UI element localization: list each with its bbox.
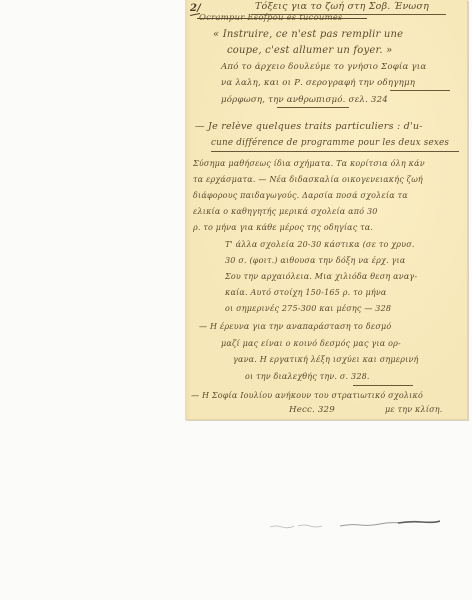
text-line: μόρφωση, την ανθρωπισμό. σελ. 324 <box>221 96 388 105</box>
text-line: με την κλίση. <box>385 406 443 414</box>
text-line: διάφορους παιδαγωγούς. Δαρσία ποσά σχολε… <box>193 192 408 200</box>
margin-scribble <box>270 518 440 532</box>
text-line: — Η έρευνα για την αναπαράσταση το δεσμό <box>199 323 391 331</box>
text-line: μαζί μας είναι ο κοινό δεσμός μας για ορ… <box>221 340 401 348</box>
text-line: Σου την αρχαιόλεια. Μια χιλιόδα θεση ανα… <box>225 273 417 281</box>
text-line: coupe, c'est allumer un foyer. » <box>227 46 392 56</box>
text-line: οι σημερινές 275-300 και μέσης — 328 <box>225 305 391 313</box>
underline <box>211 151 459 152</box>
text-line: οι την διαλεχθής την. σ. 328. <box>245 373 370 381</box>
underline <box>277 107 349 108</box>
text-line: γανα. Η εργατική λέξη ισχύει και σημεριν… <box>233 356 419 364</box>
text-line: τα ερχάσματα. — Νέα διδασκαλία οικογενει… <box>193 176 423 184</box>
text-line: ρ. το μήνα για κάθε μέρος της οδηγίας τα… <box>193 224 373 232</box>
text-line: Hecc. 329 <box>289 406 335 415</box>
underline <box>353 385 413 386</box>
header-title: Τόξεις για το ζωή στη Σοβ. Ένωση <box>255 2 429 12</box>
text-line: « Instruire, ce n'est pas remplir une <box>213 30 403 40</box>
text-line: cune différence de programme pour les de… <box>211 139 449 148</box>
text-line: να λαλη, και οι Ρ. σερογραφή την οδηγημη <box>221 79 415 88</box>
underline <box>390 90 450 91</box>
text-line: — Η Σοφία Ιουλίου ανήκουν του στρατιωτικ… <box>191 392 423 400</box>
text-line: — Je relève quelques traits particuliers… <box>195 122 423 132</box>
text-line: 30 σ. (φοιτ.) αιθουσα την δόξη να έρχ. γ… <box>225 257 405 265</box>
manuscript-page: 2/ Τόξεις για το ζωή στη Σοβ. Ένωση Ocra… <box>185 0 468 420</box>
strike-line <box>197 18 367 19</box>
text-line: Από το άρχειο δουλεύμε το γνήσιο Σοφία γ… <box>221 63 426 72</box>
text-line: καία. Αυτό στοίχη 150-165 ρ. το μήνα <box>225 289 387 297</box>
text-line: ελικία ο καθηγητής μερικά σχολεία από 30 <box>193 208 378 216</box>
text-line: Σύσημα μαθήσεως ίδια σχήματα. Τα κορίτσι… <box>193 160 425 168</box>
text-line: Τ' άλλα σχολεία 20-30 κάστικα (σε το χρυ… <box>225 241 415 249</box>
